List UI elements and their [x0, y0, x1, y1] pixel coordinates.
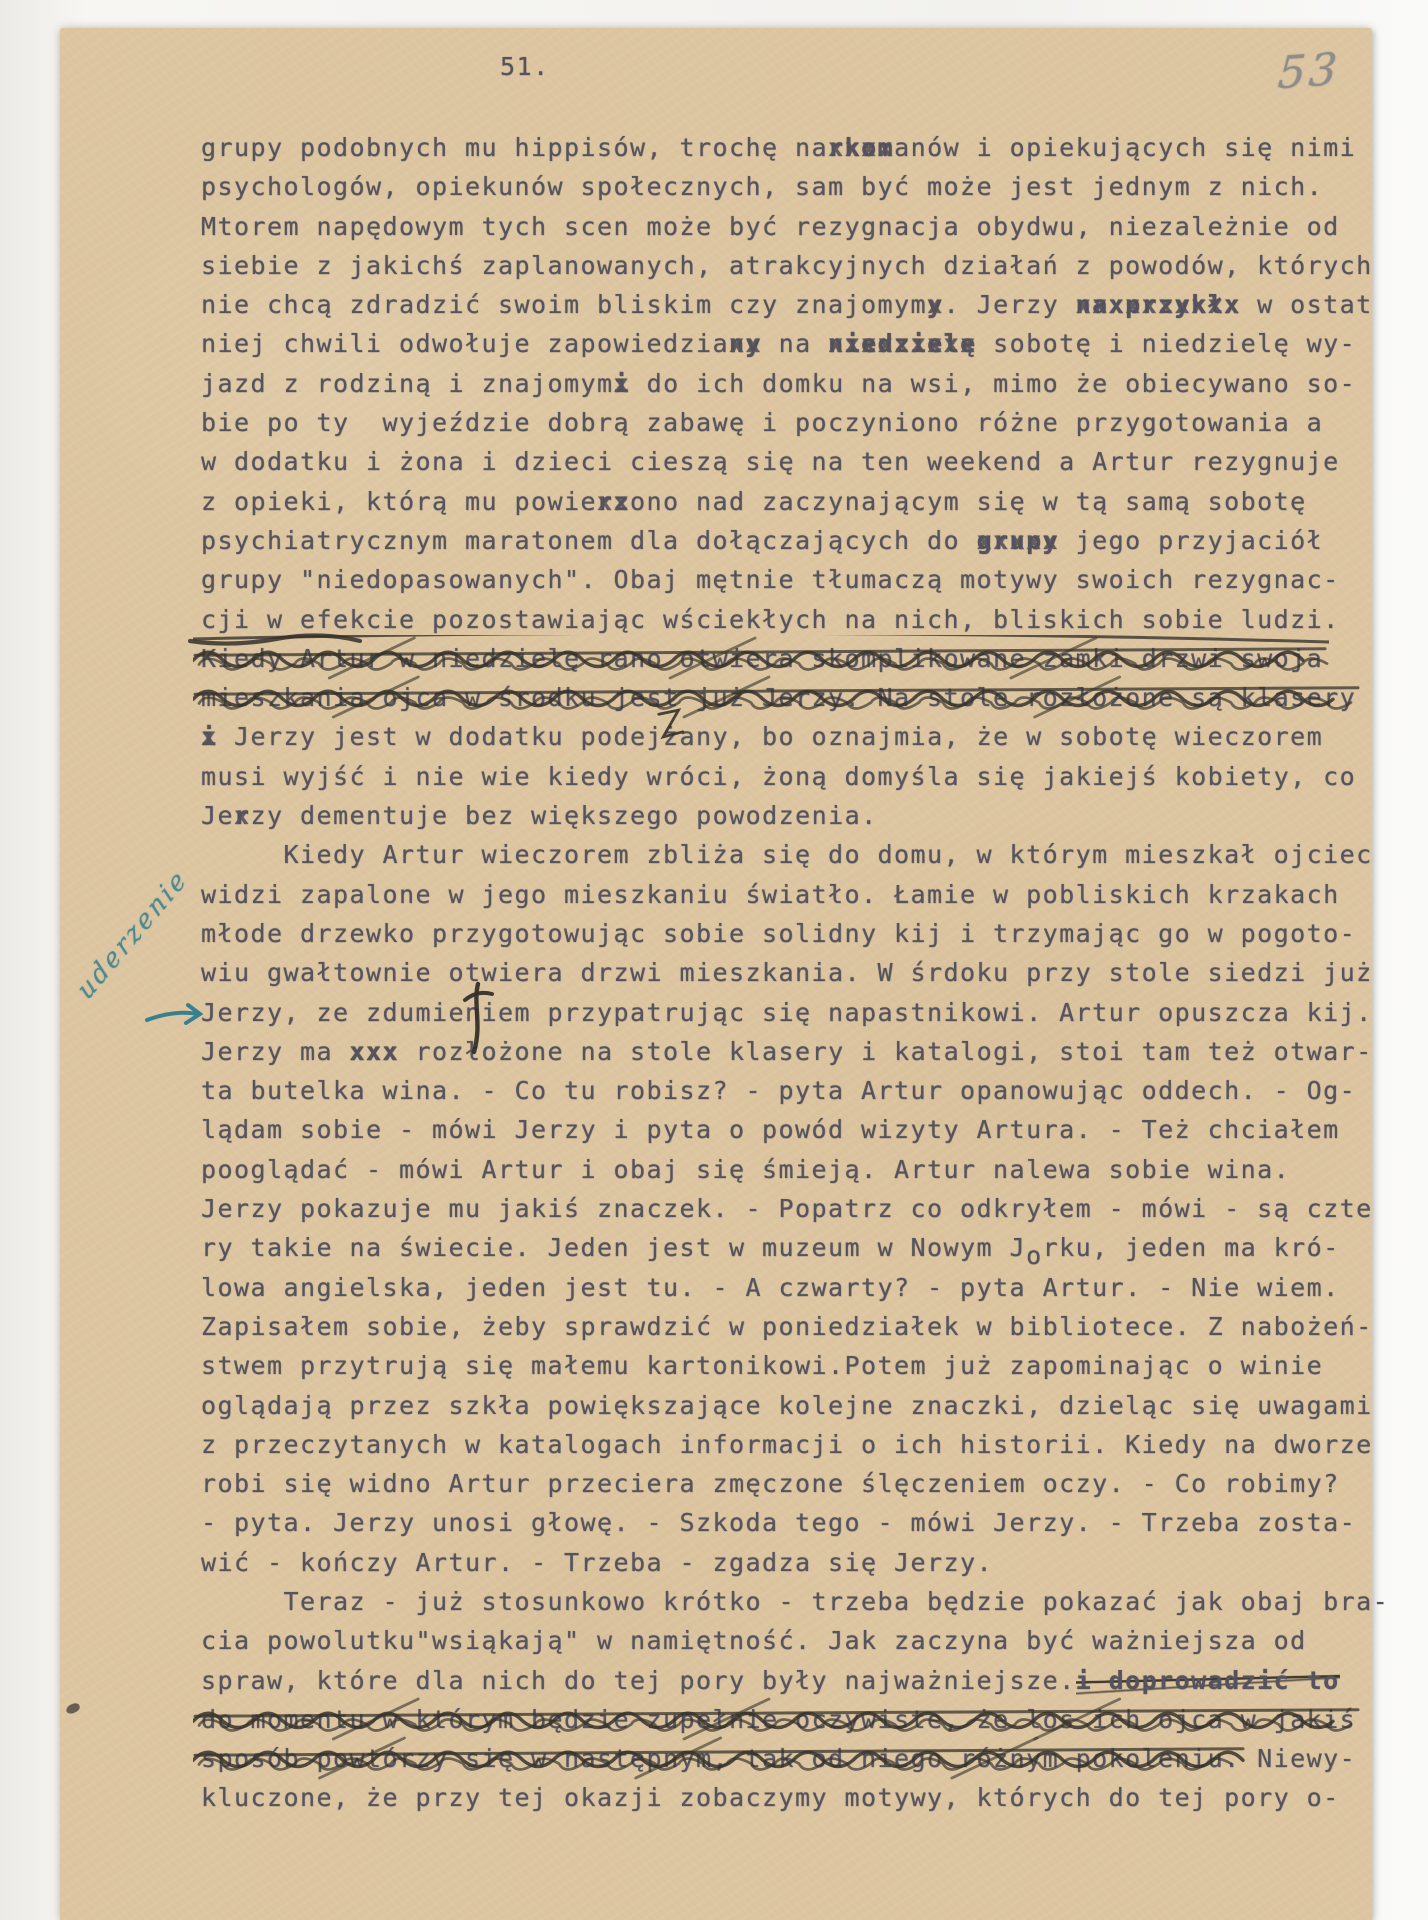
typescript-segment-ot: ny [729, 324, 762, 363]
typescript-segment: z przeczytanych w katalogach informacji … [201, 1430, 1373, 1459]
typescript-segment: Zapisałem sobie, żeby sprawdzić w ponied… [201, 1312, 1373, 1341]
pen-underline-stroke [188, 632, 364, 650]
typescript-segment: w ostat [1241, 290, 1373, 319]
typescript-segment: . Jerzy [944, 290, 1076, 319]
typescript-text-block: grupy podobnych mu hippisów, trochę nark… [201, 128, 1391, 1818]
typescript-line: z przeczytanych w katalogach informacji … [201, 1425, 1391, 1464]
typed-page-number: 51. [500, 52, 550, 81]
typescript-segment: - pyta. Jerzy unosi głowę. - Szkoda tego… [201, 1508, 1356, 1537]
typescript-segment: młode drzewko przygotowując sobie solidn… [201, 919, 1356, 948]
typescript-line: psychiatrycznym maratonem dla dołączając… [201, 521, 1391, 560]
typescript-segment: ono nad zaczynającym się w tą samą sobot… [630, 487, 1307, 516]
typescript-segment: mieszkania ojca w środku jest już Jerzy.… [201, 683, 1356, 712]
typescript-segment: widzi zapalone w jego mieszkaniu światło… [201, 880, 1340, 909]
typescript-line: Kiedy Artur w niedzielę rano otwiera sko… [201, 639, 1391, 678]
typescript-segment: zy dementuje bez większego powodzenia. [251, 801, 878, 830]
typescript-segment: Jerzy jest w dodatku podejżany, bo oznaj… [218, 722, 1324, 751]
typescript-line: niej chwili odwołuje zapowiedziany na ni… [201, 324, 1391, 363]
typescript-segment-ot: rkom [828, 128, 894, 167]
typescript-segment: rku, jeden ma kró- [1043, 1233, 1340, 1262]
typescript-line: lowa angielska, jeden jest tu. - A czwar… [201, 1268, 1391, 1307]
typescript-segment: w dodatku i żona i dzieci cieszą się na … [201, 447, 1340, 476]
typescript-line: - pyta. Jerzy unosi głowę. - Szkoda tego… [201, 1503, 1391, 1542]
manuscript-page: 51. 53 grupy podobnych mu hippisów, troc… [60, 28, 1372, 1920]
insertion-arrow-icon [144, 1000, 208, 1032]
typescript-segment-ot: naxprzykłx [1076, 285, 1241, 324]
typescript-segment-pen: i doprowadzić to [1076, 1666, 1340, 1695]
typescript-segment: rozłożone na stole klasery i katalogi, s… [399, 1037, 1373, 1066]
typescript-segment: kluczone, że przy tej okazji zobaczymy m… [201, 1783, 1340, 1812]
typescript-segment-ot: r [234, 796, 251, 835]
typescript-segment-ot: i [201, 717, 218, 756]
typescript-line: nie chcą zdradzić swoim bliskim czy znaj… [201, 285, 1391, 324]
typescript-segment: Niewy- [1241, 1744, 1357, 1773]
typescript-segment: psychologów, opiekunów społecznych, sam … [201, 172, 1323, 201]
typescript-line: pooglądać - mówi Artur i obaj się śmieją… [201, 1150, 1391, 1189]
typescript-segment: jazd z rodziną i znajomym [201, 369, 614, 398]
typescript-line: jazd z rodziną i znajomymi do ich domku … [201, 364, 1391, 403]
typescript-line: kluczone, że przy tej okazji zobaczymy m… [201, 1778, 1391, 1817]
typescript-line: musi wyjść i nie wie kiedy wróci, żoną d… [201, 757, 1391, 796]
typescript-line: siebie z jakichś zaplanowanych, atrakcyj… [201, 246, 1391, 285]
typescript-segment: pooglądać - mówi Artur i obaj się śmieją… [201, 1155, 1290, 1184]
typescript-segment: ta butelka wina. - Co tu robisz? - pyta … [201, 1076, 1356, 1105]
typescript-line: Jerzy, ze zdumieniem przypatrując się na… [201, 993, 1391, 1032]
typescript-segment: sposób powtórzy się w następnym, tak od … [201, 1744, 1241, 1773]
typescript-segment: Kiedy Artur wieczorem zbliża się do domu… [201, 840, 1373, 869]
typescript-line: cji w efekcie pozostawiając wściekłych n… [201, 600, 1391, 639]
typescript-line: oglądają przez szkła powiększające kolej… [201, 1386, 1391, 1425]
typescript-segment-ot: y [927, 285, 944, 324]
typescript-segment: cji w efekcie pozostawiając wściekłych n… [201, 605, 1340, 634]
typescript-line: Zapisałem sobie, żeby sprawdzić w ponied… [201, 1307, 1391, 1346]
typescript-segment: robi się widno Artur przeciera zmęczone … [201, 1469, 1340, 1498]
typescript-segment: Kiedy Artur w niedzielę rano otwiera sko… [201, 644, 1323, 673]
typescript-segment: do momentu w którym będzie zupełnie oczy… [201, 1705, 1356, 1734]
typescript-line: cia powolutku"wsiąkają" w namiętność. Ja… [201, 1621, 1391, 1660]
typescript-line: ta butelka wina. - Co tu robisz? - pyta … [201, 1071, 1391, 1110]
handwritten-page-number: 53 [1276, 44, 1341, 100]
typescript-segment: lowa angielska, jeden jest tu. - A czwar… [201, 1273, 1340, 1302]
typescript-segment: wiu gwałtownie otwiera drzwi mieszkania.… [201, 958, 1373, 987]
typescript-segment: grupy podobnych mu hippisów, trochę na [201, 133, 828, 162]
typescript-segment-ot: rz [597, 482, 630, 521]
typescript-line: ry takie na świecie. Jeden jest w muzeum… [201, 1228, 1391, 1267]
typescript-line: Kiedy Artur wieczorem zbliża się do domu… [201, 835, 1391, 874]
typescript-line: widzi zapalone w jego mieszkaniu światło… [201, 875, 1391, 914]
typescript-line: lądam sobie - mówi Jerzy i pyta o powód … [201, 1110, 1391, 1149]
typescript-line: grupy podobnych mu hippisów, trochę nark… [201, 128, 1391, 167]
typescript-segment-ot: xxx [350, 1032, 400, 1071]
typescript-segment: musi wyjść i nie wie kiedy wróci, żoną d… [201, 762, 1356, 791]
typescript-segment-ot: niedzielę [828, 324, 977, 363]
typescript-segment: z opieki, którą mu powie [201, 487, 597, 516]
typescript-segment: anów i opiekujących się nimi [894, 133, 1356, 162]
pen-inserted-letter-l [462, 980, 496, 1058]
margin-note-handwriting: uderzenie [72, 863, 194, 1006]
typescript-segment: niej chwili odwołuje zapowiedzia [201, 329, 729, 358]
typescript-line: młode drzewko przygotowując sobie solidn… [201, 914, 1391, 953]
typescript-segment: nie chcą zdradzić swoim bliskim czy znaj… [201, 290, 927, 319]
typescript-line: Mtorem napędowym tych scen może być rezy… [201, 207, 1391, 246]
typescript-segment: Jerzy pokazuje mu jakiś znaczek. - Popat… [201, 1194, 1373, 1223]
typescript-segment: wić - kończy Artur. - Trzeba - zgadza si… [201, 1548, 993, 1577]
typescript-segment: cia powolutku"wsiąkają" w namiętność. Ja… [201, 1626, 1307, 1655]
typescript-segment: Je [201, 801, 234, 830]
scan-background: { "page": { "typed_page_number": "51.", … [0, 0, 1428, 1920]
pen-letter-correction-z [656, 706, 686, 744]
typescript-segment: spraw, które dla nich do tej pory były n… [201, 1666, 1076, 1695]
typescript-line: Jerzy ma xxx rozłożone na stole klasery … [201, 1032, 1391, 1071]
typescript-segment: grupy "niedopasowanych". Obaj mętnie tłu… [201, 565, 1340, 594]
typescript-segment: jego przyjaciół [1059, 526, 1323, 555]
typescript-line: wiu gwałtownie otwiera drzwi mieszkania.… [201, 953, 1391, 992]
typescript-line: grupy "niedopasowanych". Obaj mętnie tłu… [201, 560, 1391, 599]
typescript-line: stwem przytrują się małemu kartonikowi.P… [201, 1346, 1391, 1385]
typescript-line: i Jerzy jest w dodatku podejżany, bo ozn… [201, 717, 1391, 756]
typescript-segment: sobotę i niedzielę wy- [977, 329, 1357, 358]
typescript-line: bie po ty wyjeździe dobrą zabawę i poczy… [201, 403, 1391, 442]
typescript-segment-ot: grupy [977, 521, 1060, 560]
typescript-segment: bie po ty wyjeździe dobrą zabawę i poczy… [201, 408, 1323, 437]
typescript-segment: do ich domku na wsi, mimo że obiecywano … [630, 369, 1356, 398]
typescript-segment: na [762, 329, 828, 358]
typescript-line: sposób powtórzy się w następnym, tak od … [201, 1739, 1391, 1778]
typescript-line: Jerzy pokazuje mu jakiś znaczek. - Popat… [201, 1189, 1391, 1228]
typescript-segment: Mtorem napędowym tych scen może być rezy… [201, 212, 1340, 241]
typescript-line: do momentu w którym będzie zupełnie oczy… [201, 1700, 1391, 1739]
typescript-line: Jerzy dementuje bez większego powodzenia… [201, 796, 1391, 835]
typescript-segment: psychiatrycznym maratonem dla dołączając… [201, 526, 977, 555]
typescript-segment: oglądają przez szkła powiększające kolej… [201, 1391, 1373, 1420]
typescript-segment: stwem przytrują się małemu kartonikowi.P… [201, 1351, 1323, 1380]
typescript-line: w dodatku i żona i dzieci cieszą się na … [201, 442, 1391, 481]
typescript-segment: siebie z jakichś zaplanowanych, atrakcyj… [201, 251, 1373, 280]
typescript-segment: Jerzy ma [201, 1037, 350, 1066]
typescript-line: mieszkania ojca w środku jest już Jerzy.… [201, 678, 1391, 717]
typescript-line: Teraz - już stosunkowo krótko - trzeba b… [201, 1582, 1391, 1621]
typescript-segment: Jerzy, ze zdumieniem przypatrując się na… [201, 998, 1373, 1027]
typescript-segment-ot: i [614, 364, 631, 403]
typescript-segment: ry takie na świecie. Jeden jest w muzeum… [201, 1233, 1026, 1262]
ink-speck [65, 1702, 81, 1715]
typescript-line: robi się widno Artur przeciera zmęczone … [201, 1464, 1391, 1503]
typescript-segment: lądam sobie - mówi Jerzy i pyta o powód … [201, 1115, 1340, 1144]
typescript-line: z opieki, którą mu powierzono nad zaczyn… [201, 482, 1391, 521]
typescript-segment: Teraz - już stosunkowo krótko - trzeba b… [201, 1587, 1389, 1616]
typescript-line: psychologów, opiekunów społecznych, sam … [201, 167, 1391, 206]
typescript-line: wić - kończy Artur. - Trzeba - zgadza si… [201, 1543, 1391, 1582]
typescript-line: spraw, które dla nich do tej pory były n… [201, 1661, 1391, 1700]
